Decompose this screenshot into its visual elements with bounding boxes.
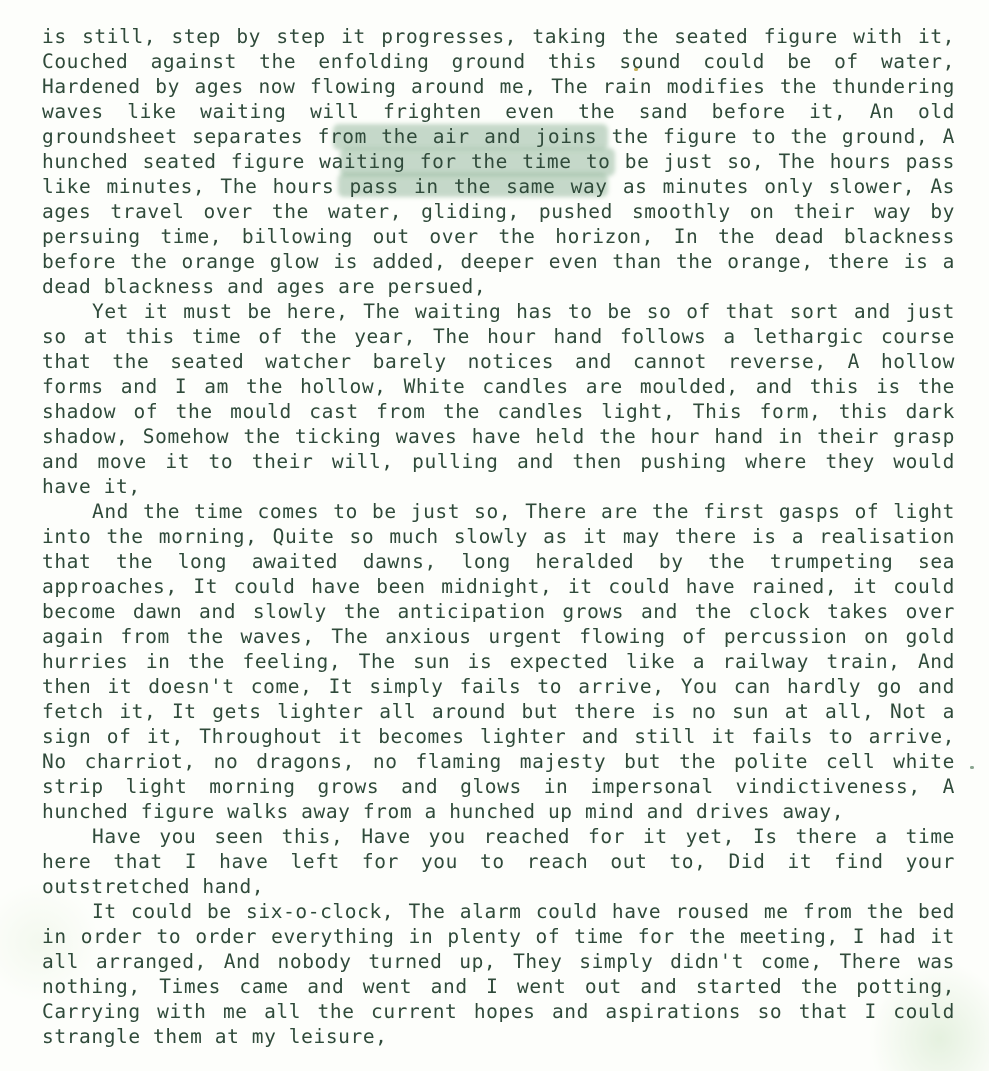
text-line: groundsheet separates from the air and j… xyxy=(42,124,955,149)
text-line: here that I have left for you to reach o… xyxy=(42,849,955,874)
text-line: have it, xyxy=(42,474,955,499)
text-line: fetch it, It gets lighter all around but… xyxy=(42,699,955,724)
text-line: ages travel over the water, gliding, pus… xyxy=(42,199,955,224)
text-line: sign of it, Throughout it becomes lighte… xyxy=(42,724,955,749)
text-line: Yet it must be here, The waiting has to … xyxy=(42,299,955,324)
text-line: shadow of the mould cast from the candle… xyxy=(42,399,955,424)
text-line: And the time comes to be just so, There … xyxy=(42,499,955,524)
paragraph: is still, step by step it progresses, ta… xyxy=(42,24,955,299)
text-line: waves like waiting will frighten even th… xyxy=(42,99,955,124)
paragraph: Have you seen this, Have you reached for… xyxy=(42,824,955,899)
text-line: Have you seen this, Have you reached for… xyxy=(42,824,955,849)
text-line: forms and I am the hollow, White candles… xyxy=(42,374,955,399)
text-line: Hardened by ages now flowing around me, … xyxy=(42,74,955,99)
text-line: into the morning, Quite so much slowly a… xyxy=(42,524,955,549)
text-line: hurries in the feeling, The sun is expec… xyxy=(42,649,955,674)
text-line: that the seated watcher barely notices a… xyxy=(42,349,955,374)
text-line: approaches, It could have been midnight,… xyxy=(42,574,955,599)
text-line: It could be six-o-clock, The alarm could… xyxy=(42,899,955,924)
text-line: become dawn and slowly the anticipation … xyxy=(42,599,955,624)
text-line: all arranged, And nobody turned up, They… xyxy=(42,949,955,974)
paragraph: Yet it must be here, The waiting has to … xyxy=(42,299,955,499)
ink-speck xyxy=(970,766,974,769)
text-line: that the long awaited dawns, long herald… xyxy=(42,549,955,574)
text-line: before the orange glow is added, deeper … xyxy=(42,249,955,274)
text-line: again from the waves, The anxious urgent… xyxy=(42,624,955,649)
text-line: hunched seated figure waiting for the ti… xyxy=(42,149,955,174)
text-line: so at this time of the year, The hour ha… xyxy=(42,324,955,349)
text-line: hunched figure walks away from a hunched… xyxy=(42,799,955,824)
text-line: persuing time, billowing out over the ho… xyxy=(42,224,955,249)
document-body: is still, step by step it progresses, ta… xyxy=(42,24,955,1049)
text-line: shadow, Somehow the ticking waves have h… xyxy=(42,424,955,449)
paragraph: It could be six-o-clock, The alarm could… xyxy=(42,899,955,1049)
text-line: Couched against the enfolding ground thi… xyxy=(42,49,955,74)
text-line: strangle them at my leisure, xyxy=(42,1024,955,1049)
text-line: like minutes, The hours pass in the same… xyxy=(42,174,955,199)
text-line: then it doesn't come, It simply fails to… xyxy=(42,674,955,699)
text-line: in order to order everything in plenty o… xyxy=(42,924,955,949)
text-line: dead blackness and ages are persued, xyxy=(42,274,955,299)
text-line: strip light morning grows and glows in i… xyxy=(42,774,955,799)
text-line: is still, step by step it progresses, ta… xyxy=(42,24,955,49)
scanned-page: is still, step by step it progresses, ta… xyxy=(0,0,989,1071)
paragraph: And the time comes to be just so, There … xyxy=(42,499,955,824)
text-line: Carrying with me all the current hopes a… xyxy=(42,999,955,1024)
text-line: outstretched hand, xyxy=(42,874,955,899)
text-line: and move it to their will, pulling and t… xyxy=(42,449,955,474)
text-line: No charriot, no dragons, no flaming maje… xyxy=(42,749,955,774)
text-line: nothing, Times came and went and I went … xyxy=(42,974,955,999)
